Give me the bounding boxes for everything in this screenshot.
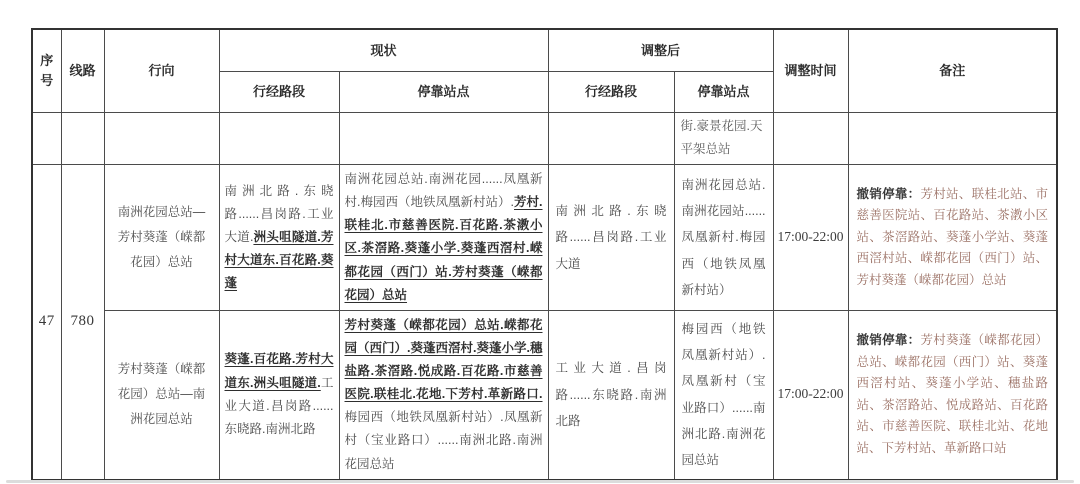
cell-truncated-adjusted-stops: 街.豪景花园.天平架总站 <box>674 112 773 165</box>
header-adjusted-stops: 停靠站点 <box>674 71 773 112</box>
cell-adjust-time: 17:00-22:00 <box>773 310 848 479</box>
cell-adjusted-route: 工业大道.昌岗路......东晓路.南洲北路 <box>548 310 674 479</box>
text-segment: 芳村葵蓬（嵘都花园）总站、嵘都花园（西门）站、葵蓬西滘村站、葵蓬小学站、穗盐路站… <box>857 333 1049 455</box>
cell-adjust-time: 17:00-22:00 <box>773 165 848 311</box>
cell-empty <box>32 112 61 165</box>
cell-current-route: 南洲北路.东晓路......昌岗路.工业大道.洲头咀隧道.芳村大道东.百花路.葵… <box>219 165 339 311</box>
cell-line-number: 780 <box>61 165 104 480</box>
header-current-group: 现状 <box>219 29 548 71</box>
header-adjusted-group: 调整后 <box>548 29 773 71</box>
header-line: 线路 <box>61 29 104 112</box>
cell-empty <box>104 112 219 165</box>
cell-direction: 芳村葵蓬（嵘都花园）总站—南洲花园总站 <box>104 310 219 479</box>
table-row-truncated: 街.豪景花园.天平架总站 <box>32 112 1057 165</box>
cell-seq-number: 47 <box>32 165 61 480</box>
cell-adjusted-stops: 梅园西（地铁凤凰新村站）.凤凰新村（宝业路口）......南洲北路.南洲花园总站 <box>674 310 773 479</box>
cell-empty <box>548 112 674 165</box>
cell-adjusted-route: 南洲北路.东晓路......昌岗路.工业大道 <box>548 165 674 311</box>
cell-current-route: 葵蓬.百花路.芳村大道东.洲头咀隧道.工业大道.昌岗路......东晓路.南洲北… <box>219 310 339 479</box>
page-background: 序号 线路 行向 现状 调整后 调整时间 备注 行经路段 停靠站点 行经路段 停… <box>0 0 1080 484</box>
text-segment: 梅园西（地铁凤凰新村站）.凤凰新村（宝业路口）......南洲北路.南洲花园总站 <box>345 410 543 470</box>
header-adjusted-route: 行经路段 <box>548 71 674 112</box>
header-remarks: 备注 <box>848 29 1057 112</box>
cell-direction: 南洲花园总站—芳村葵蓬（嵘都花园）总站 <box>104 165 219 311</box>
table-row-trip-outbound: 47 780 南洲花园总站—芳村葵蓬（嵘都花园）总站 南洲北路.东晓路.....… <box>32 165 1057 311</box>
cell-current-stops: 芳村葵蓬（嵘都花园）总站.嵘都花园（西门）.葵蓬西滘村.葵蓬小学.穗盐路.茶滘路… <box>339 310 548 479</box>
text-segment: 梅园西（地铁凤凰新村站）.凤凰新村（宝业路口）......南洲北路.南洲花园总站 <box>682 322 766 467</box>
text-segment: 南洲花园总站.南洲花园......凤凰新村.梅园西（地铁凤凰新村站）. <box>345 172 543 209</box>
header-direction: 行向 <box>104 29 219 112</box>
cell-empty <box>339 112 548 165</box>
text-segment: 南洲北路.东晓路......昌岗路.工业大道 <box>556 204 667 271</box>
page-bottom-shadow <box>6 480 1074 483</box>
cell-empty <box>848 112 1057 165</box>
cell-adjusted-stops: 南洲花园总站.南洲花园站......凤凰新村.梅园西（地铁凤凰新村站） <box>674 165 773 311</box>
text-segment: 撤销停靠： <box>857 333 921 347</box>
text-segment: 芳村.联桂北.市慈善医院.百花路.茶漖小区.茶滘路.葵蓬小学.葵蓬西滘村.嵘都花… <box>345 195 543 302</box>
text-segment: 南洲花园总站.南洲花园站......凤凰新村.梅园西（地铁凤凰新村站） <box>682 178 766 297</box>
cell-remark: 撤销停靠：芳村葵蓬（嵘都花园）总站、嵘都花园（西门）站、葵蓬西滘村站、葵蓬小学站… <box>848 310 1057 479</box>
cell-remark: 撤销停靠：芳村站、联桂北站、市慈善医院站、百花路站、茶漖小区站、茶滘路站、葵蓬小… <box>848 165 1057 311</box>
text-segment: 撤销停靠： <box>857 187 921 201</box>
text-segment: 工业大道.昌岗路......东晓路.南洲北路 <box>556 361 667 428</box>
cell-empty <box>773 112 848 165</box>
header-seq: 序号 <box>32 29 61 112</box>
cell-current-stops: 南洲花园总站.南洲花园......凤凰新村.梅园西（地铁凤凰新村站）.芳村.联桂… <box>339 165 548 311</box>
header-current-stops: 停靠站点 <box>339 71 548 112</box>
text-segment: 葵蓬.百花路.芳村大道东.洲头咀隧道. <box>225 352 334 389</box>
text-segment: 芳村站、联桂北站、市慈善医院站、百花路站、茶漖小区站、茶滘路站、葵蓬小学站、葵蓬… <box>857 187 1049 287</box>
header-row-groups: 序号 线路 行向 现状 调整后 调整时间 备注 <box>32 29 1057 71</box>
text-segment: 芳村葵蓬（嵘都花园）总站.嵘都花园（西门）.葵蓬西滘村.葵蓬小学.穗盐路.茶滘路… <box>345 318 543 401</box>
bus-route-adjustment-table: 序号 线路 行向 现状 调整后 调整时间 备注 行经路段 停靠站点 行经路段 停… <box>31 28 1058 481</box>
cell-empty <box>219 112 339 165</box>
cell-empty <box>61 112 104 165</box>
header-current-route: 行经路段 <box>219 71 339 112</box>
table-row-trip-return: 芳村葵蓬（嵘都花园）总站—南洲花园总站 葵蓬.百花路.芳村大道东.洲头咀隧道.工… <box>32 310 1057 479</box>
header-adjust-time: 调整时间 <box>773 29 848 112</box>
